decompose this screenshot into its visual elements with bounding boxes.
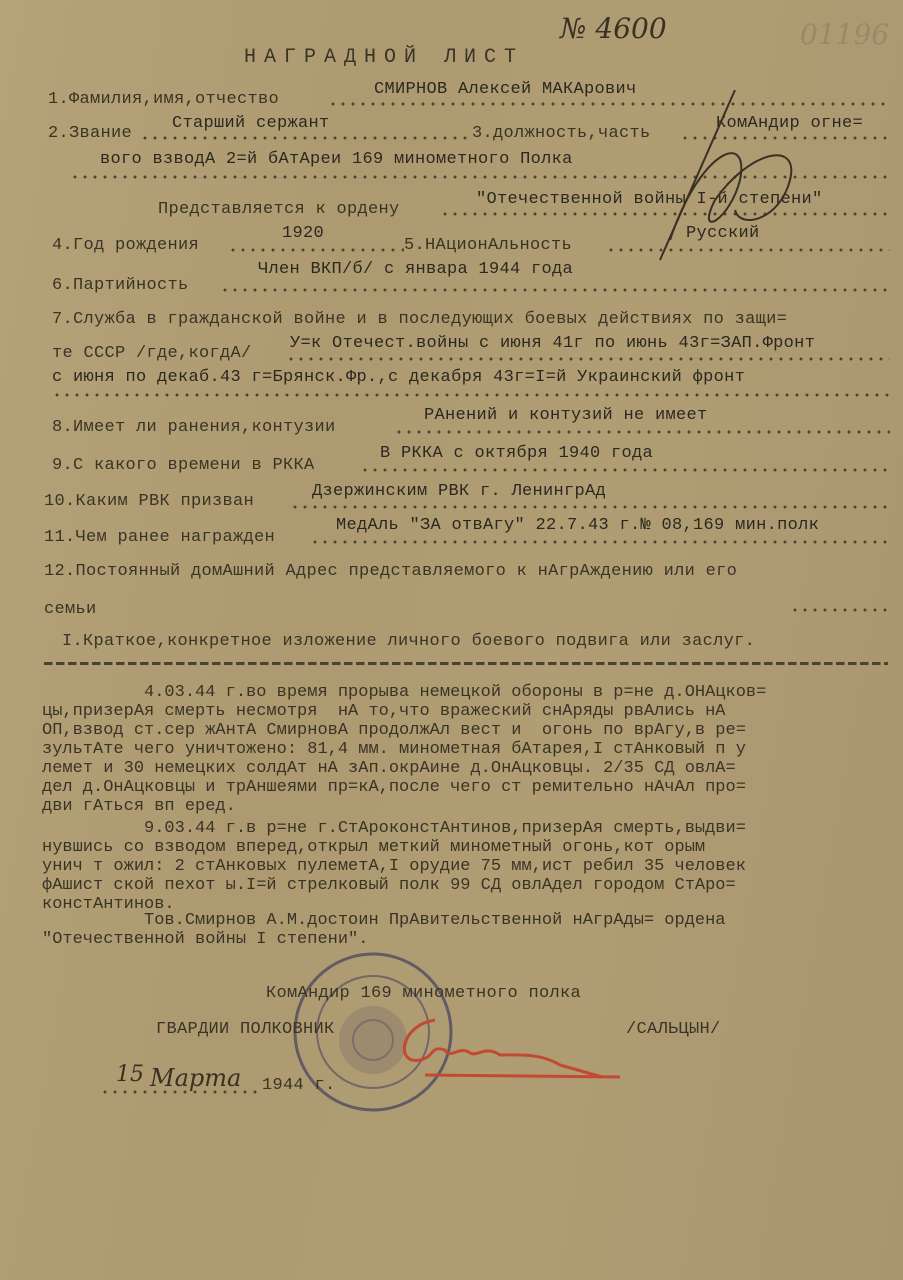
field-12-label-b: семьи <box>44 600 97 620</box>
narrative-line: ОП,взвод ст.сер жАнтА СмирновА продолжАл… <box>42 722 902 741</box>
narrative-line: унич т ожил: 2 стАнковых пулеметА,I оруд… <box>42 858 902 877</box>
archive-corner-stamp: 01196 <box>800 18 889 51</box>
field-7-label-a: 7.Служба в гражданской войне и в последу… <box>52 310 787 330</box>
field-3-label: 3.должность,часть <box>472 124 651 144</box>
field-1-value: СМИРНОВ Алексей МАКАрович <box>374 80 637 100</box>
dotted-line <box>52 393 890 397</box>
signatory-rank: ГВАРДИИ ПОЛКОВНИК <box>156 1020 335 1040</box>
dotted-line <box>394 430 890 434</box>
field-6-label: 6.Партийность <box>52 276 189 296</box>
dotted-line <box>140 136 470 140</box>
narrative-line: лемет и 30 немецких солдАт нА зАп.окрАин… <box>42 760 902 779</box>
dotted-line <box>310 540 890 544</box>
dotted-line <box>100 1090 260 1094</box>
handwritten-mark <box>640 90 800 270</box>
award-sheet-page: № 4600 01196 НАГРАДНОЙ ЛИСТ 1.Фамилия,им… <box>0 0 903 1280</box>
field-5-label: 5.НАционАльность <box>404 236 572 256</box>
field-2-label: 2.Звание <box>48 124 132 144</box>
field-7-label-b: те СССР /где,когдА/ <box>52 344 252 364</box>
field-3-value-b: вого взводА 2=й бАтАреи 169 минометного … <box>100 150 573 170</box>
dotted-line <box>220 288 890 292</box>
dotted-line <box>228 248 404 252</box>
field-6-value: Член ВКП/б/ с январа 1944 года <box>258 260 573 280</box>
field-10-value: Дзержинским РВК г. ЛенингрАд <box>312 482 606 502</box>
narrative-line: дел д.ОнАцковцы и трАншеями пр=кА,после … <box>42 779 902 798</box>
dotted-line <box>328 102 890 106</box>
field-12-label-a: 12.Постоянный домАшний Адрес представляе… <box>44 562 737 582</box>
narrative-line: зультАте чего уничтожено: 81,4 мм. мином… <box>42 741 902 760</box>
dotted-line <box>360 468 890 472</box>
date-day: 15 <box>116 1062 144 1087</box>
signatory-title: КомАндир 169 минометного полка <box>266 984 581 1004</box>
field-2-value: Старший сержант <box>172 114 330 134</box>
narrative-line: цы,призерАя смерть несмотря нА то,что вр… <box>42 703 902 722</box>
field-4-label: 4.Год рождения <box>52 236 199 256</box>
narrative-line: 9.03.44 г.в р=не г.СтАроконстАнтинов,при… <box>42 820 902 839</box>
order-label: Представляется к ордену <box>158 200 400 220</box>
dashed-rule <box>44 662 888 665</box>
field-8-value: РАнений и контузий не имеет <box>424 406 708 426</box>
field-4-value: 1920 <box>282 224 324 244</box>
narrative-line: Тов.Смирнов А.М.достоин ПрАвительственно… <box>42 912 902 931</box>
narrative-line: дви гАться вп еред. <box>42 798 902 817</box>
field-10-label: 10.Каким РВК призван <box>44 492 254 512</box>
narrative-line: 4.03.44 г.во время прорыва немецкой обор… <box>42 684 902 703</box>
narrative-line: "Отечественной войны I степени". <box>42 931 902 950</box>
narrative-line: нувшись со взводом вперед,открыл меткий … <box>42 839 902 858</box>
red-signature <box>390 1005 630 1085</box>
field-9-label: 9.С какого времени в РККА <box>52 456 315 476</box>
archive-number-handwritten: № 4600 <box>560 12 667 45</box>
field-11-label: 11.Чем ранее награжден <box>44 528 275 548</box>
field-9-value: В РККА с октября 1940 года <box>380 444 653 464</box>
document-title: НАГРАДНОЙ ЛИСТ <box>244 48 524 68</box>
signatory-name: /САЛЬЦЫН/ <box>626 1020 721 1040</box>
field-7-value-b: с июня по декаб.43 г=Брянск.Фр.,с декабр… <box>52 368 745 388</box>
field-7-value-a: У=к Отечест.войны с июня 41г по июнь 43г… <box>290 334 815 354</box>
dotted-line <box>790 608 890 612</box>
section-heading: I.Краткое,конкретное изложение личного б… <box>62 632 755 652</box>
dotted-line <box>290 505 890 509</box>
narrative-line: фАшист ской пехот ы.I=й стрелковый полк … <box>42 877 902 896</box>
field-8-label: 8.Имеет ли ранения,контузии <box>52 418 336 438</box>
field-1-label: 1.Фамилия,имя,отчество <box>48 90 279 110</box>
field-11-value: МедАль "ЗА отвАгу" 22.7.43 г.№ 08,169 ми… <box>336 516 819 536</box>
dotted-line <box>286 357 890 361</box>
date-year: 1944 г. <box>262 1076 336 1096</box>
date-month: Марта <box>150 1064 241 1092</box>
